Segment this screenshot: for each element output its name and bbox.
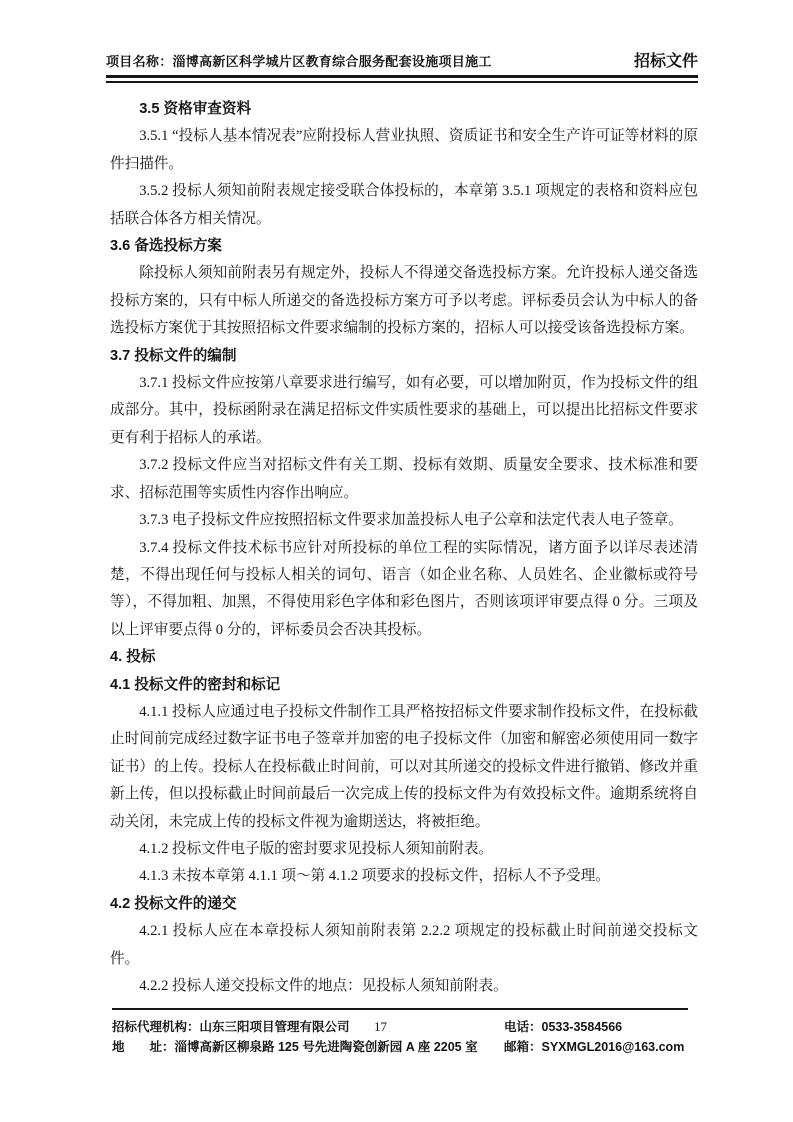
- footer-agency: 招标代理机构：山东三阳项目管理有限公司: [112, 1017, 350, 1037]
- paragraph: 3.7.4 投标文件技术标书应针对所投标的单位工程的实际情况，诸方面予以详尽表述…: [110, 535, 698, 645]
- header-doc-type: 招标文件: [634, 48, 698, 71]
- footer-rule: [112, 1008, 688, 1010]
- paragraph: 3.5.2 投标人须知前附表规定接受联合体投标的，本章第 3.5.1 项规定的表…: [110, 178, 698, 233]
- paragraph: 4.2.1 投标人应在本章投标人须知前附表第 2.2.2 项规定的投标截止时间前…: [110, 918, 698, 973]
- paragraph: 4.1.1 投标人应通过电子投标文件制作工具严格按招标文件要求制作投标文件，在投…: [110, 699, 698, 836]
- footer-page-number: 17: [374, 1017, 387, 1037]
- page-footer: 招标代理机构：山东三阳项目管理有限公司 17 电话：0533-3584566 地…: [112, 1008, 688, 1057]
- paragraph: 3.7.3 电子投标文件应按照招标文件要求加盖投标人电子公章和法定代表人电子签章…: [110, 507, 698, 534]
- footer-email: 邮箱：SYXMGL2016@163.com: [504, 1037, 684, 1057]
- paragraph: 除投标人须知前附表另有规定外，投标人不得递交备选投标方案。允许投标人递交备选投标…: [110, 260, 698, 342]
- footer-phone: 电话：0533-3584566: [504, 1017, 622, 1037]
- paragraph: 3.7.2 投标文件应当对招标文件有关工期、投标有效期、质量安全要求、技术标准和…: [110, 452, 698, 507]
- section-heading: 3.5 资格审查资料: [110, 96, 698, 123]
- paragraph: 3.7.1 投标文件应按第八章要求进行编写，如有必要，可以增加附页，作为投标文件…: [110, 370, 698, 452]
- section-heading: 3.7 投标文件的编制: [110, 343, 698, 370]
- page-header: 项目名称：淄博高新区科学城片区教育综合服务配套设施项目施工 招标文件: [106, 48, 698, 83]
- footer-address: 地 址：淄博高新区柳泉路 125 号先进陶瓷创新园 A 座 2205 室: [112, 1037, 478, 1057]
- paragraph: 4.1.3 未按本章第 4.1.1 项～第 4.1.2 项要求的投标文件，招标人…: [110, 863, 698, 890]
- section-heading: 3.6 备选投标方案: [110, 233, 698, 260]
- document-page: 项目名称：淄博高新区科学城片区教育综合服务配套设施项目施工 招标文件 3.5 资…: [0, 0, 793, 1122]
- paragraph: 4.2.2 投标人递交投标文件的地点：见投标人须知前附表。: [110, 973, 698, 1000]
- header-project-name: 项目名称：淄博高新区科学城片区教育综合服务配套设施项目施工: [106, 51, 492, 70]
- footer-row-1: 招标代理机构：山东三阳项目管理有限公司 17 电话：0533-3584566: [112, 1017, 688, 1037]
- section-heading: 4. 投标: [110, 644, 698, 671]
- section-heading: 4.2 投标文件的递交: [110, 891, 698, 918]
- header-text-row: 项目名称：淄博高新区科学城片区教育综合服务配套设施项目施工 招标文件: [106, 48, 698, 71]
- header-double-rule: [106, 75, 698, 83]
- paragraph: 4.1.2 投标文件电子版的密封要求见投标人须知前附表。: [110, 836, 698, 863]
- section-heading: 4.1 投标文件的密封和标记: [110, 672, 698, 699]
- paragraph: 3.5.1 “投标人基本情况表”应附投标人营业执照、资质证书和安全生产许可证等材…: [110, 123, 698, 178]
- footer-row-2: 地 址：淄博高新区柳泉路 125 号先进陶瓷创新园 A 座 2205 室 邮箱：…: [112, 1037, 688, 1057]
- document-body: 3.5 资格审查资料3.5.1 “投标人基本情况表”应附投标人营业执照、资质证书…: [110, 96, 698, 1008]
